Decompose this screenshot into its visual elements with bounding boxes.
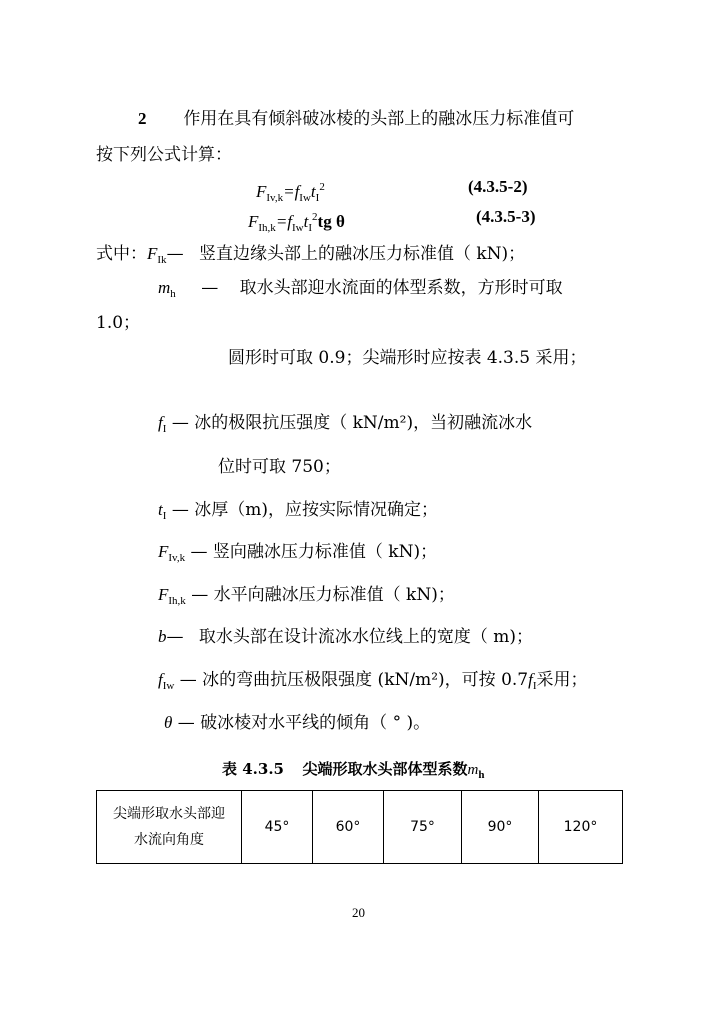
angle-cell: 45° bbox=[242, 791, 313, 864]
definition-b: b— 取水头部在设计流冰水位线上的宽度（ m)； bbox=[158, 626, 533, 648]
clause-number: 2 bbox=[138, 109, 147, 128]
clause-text-1: 作用在具有倾斜破冰棱的头部上的融冰压力标准值可 bbox=[183, 109, 574, 129]
shape-coefficient-table: 尖端形取水头部迎 水流向角度 45° 60° 75° 90° 120° bbox=[96, 790, 623, 864]
definition-f-I: fI — 冰的极限抗压强度（ kN/m²)，当初融流冰水 bbox=[158, 412, 532, 440]
definition-m-h: mh — 取水头部迎水流面的体型系数，方形时可取 bbox=[158, 277, 563, 305]
formula-4-3-5-2: FIv,k=fIwtI2 bbox=[256, 176, 325, 209]
clause-line-2: 按下列公式计算： bbox=[96, 144, 232, 166]
angle-cell: 60° bbox=[313, 791, 384, 864]
table-header-cell: 尖端形取水头部迎 水流向角度 bbox=[97, 791, 242, 864]
definition-m-h-cont2: 圆形时可取 0.9；尖端形时应按表 4.3.5 采用； bbox=[228, 347, 587, 369]
definition-f-I-cont: 位时可取 750； bbox=[218, 456, 341, 478]
angle-cell: 120° bbox=[539, 791, 623, 864]
angle-cell: 90° bbox=[462, 791, 539, 864]
definition-F-Ik: 式中：FIk— 竖直边缘头部上的融冰压力标准值（ kN)； bbox=[96, 243, 525, 271]
table-caption: 表 4.3.5 尖端形取水头部体型系数mh bbox=[222, 758, 484, 786]
definition-F-Ihk: FIh,k — 水平向融冰压力标准值（ kN)； bbox=[158, 584, 455, 612]
formula-number-2: (4.3.5-2) bbox=[468, 176, 527, 198]
formula-number-3: (4.3.5-3) bbox=[476, 206, 535, 228]
formula-4-3-5-3: FIh,k=fIwtI2tg θ bbox=[248, 206, 345, 239]
definition-t-I: tI — 冰厚（m)，应按实际情况确定； bbox=[158, 499, 438, 527]
page-number: 20 bbox=[0, 905, 717, 921]
definition-theta: θ — 破冰棱对水平线的倾角（ ° )。 bbox=[164, 712, 430, 734]
definition-f-Iw: fIw — 冰的弯曲抗压极限强度 (kN/m²)，可按 0.7fI采用； bbox=[158, 669, 588, 697]
clause-line-1: 2 作用在具有倾斜破冰棱的头部上的融冰压力标准值可 bbox=[138, 108, 574, 130]
definition-F-Ivk: FIv,k — 竖向融冰压力标准值（ kN)； bbox=[158, 541, 437, 569]
angle-cell: 75° bbox=[384, 791, 462, 864]
table-row: 尖端形取水头部迎 水流向角度 45° 60° 75° 90° 120° bbox=[97, 791, 623, 864]
definition-m-h-cont1: 1.0； bbox=[96, 312, 140, 334]
